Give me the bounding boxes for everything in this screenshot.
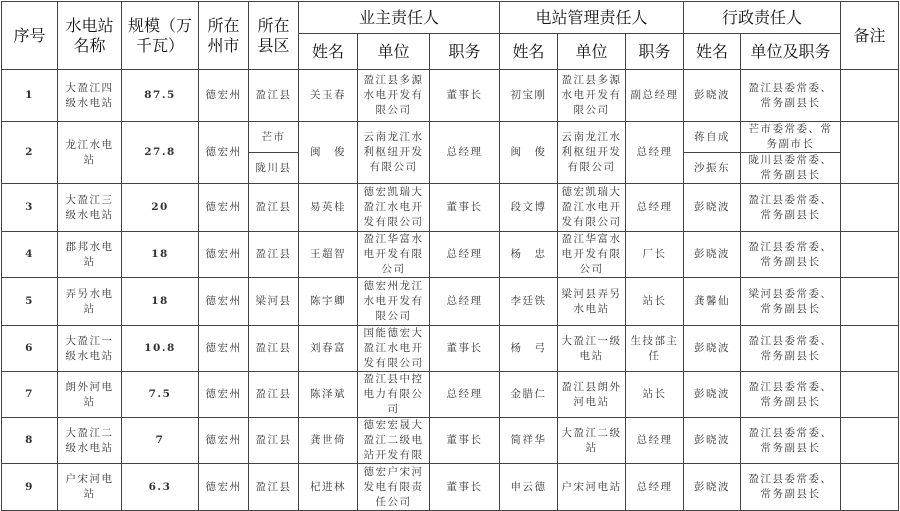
cell-seq: 8	[2, 418, 58, 464]
cell-admin-unit: 盈江县委常委、常务副县长	[741, 372, 841, 418]
cell-station-name: 大盈江四级水电站	[58, 70, 122, 122]
cell-manager-title: 总经理	[626, 464, 684, 496]
header-admin-unit-title: 单位及职务	[741, 34, 841, 70]
cell-admin-name: 龚馨仙	[684, 278, 741, 326]
cell-prefecture: 德宏州	[199, 70, 249, 122]
cell-manager-name: 杨 弓	[500, 326, 558, 372]
cell-scale: 18	[122, 232, 199, 278]
cell-prefecture: 德宏州	[199, 326, 249, 372]
cell-remarks	[841, 184, 899, 232]
cell-remarks	[841, 232, 899, 278]
cell-prefecture: 德宏州	[199, 184, 249, 232]
header-prefecture: 所在州市	[199, 2, 249, 70]
cell-station-name: 朗外河电站	[58, 372, 122, 418]
cell-station-name: 大盈江二级水电站	[58, 418, 122, 464]
cell-scale: 87.5	[122, 70, 199, 122]
cell-admin-name: 彭晓波	[684, 464, 741, 496]
cell-prefecture: 德宏州	[199, 278, 249, 326]
cell-county-2: 陇川县	[249, 153, 299, 184]
cell-manager-unit: 盈江县多源水电开发有限公司	[558, 70, 626, 122]
cell-owner-unit: 云南龙江水利枢纽开发有限公司	[358, 122, 430, 184]
cell-prefecture: 德宏州	[199, 418, 249, 464]
cell-scale: 18	[122, 278, 199, 326]
cell-manager-name: 李廷铁	[500, 278, 558, 326]
cell-remarks	[841, 122, 899, 184]
cell-county: 盈江县	[249, 418, 299, 464]
header-scale: 规模（万千瓦）	[122, 2, 199, 70]
cell-owner-unit: 德宏宏晟大盈江二级电站开发有限	[358, 418, 430, 464]
table-row: 2 龙江水电站 27.8 德宏州 芒市 闽 俊 云南龙江水利枢纽开发有限公司 总…	[2, 122, 899, 153]
cell-manager-unit: 盈江县朗外河电站	[558, 372, 626, 418]
cell-remarks	[841, 464, 899, 496]
cell-seq: 5	[2, 278, 58, 326]
cell-admin-name: 蒋自成	[684, 122, 741, 153]
cell-seq: 2	[2, 122, 58, 184]
cell-scale: 20	[122, 184, 199, 232]
cell-county: 盈江县	[249, 184, 299, 232]
cell-owner-name: 关玉春	[299, 70, 358, 122]
cell-station-name: 大盈江三级水电站	[58, 184, 122, 232]
table-row: 8 大盈江二级水电站 7 德宏州 盈江县 龚世倚 德宏宏晟大盈江二级电站开发有限…	[2, 418, 899, 464]
cell-manager-title: 站长	[626, 372, 684, 418]
cell-station-name: 户宋河电站	[58, 464, 122, 496]
cell-owner-name: 陈宇卿	[299, 278, 358, 326]
cell-remarks	[841, 326, 899, 372]
header-seq: 序号	[2, 2, 58, 70]
cell-scale: 10.8	[122, 326, 199, 372]
header-owner-group: 业主责任人	[299, 2, 500, 34]
header-station-name: 水电站名称	[58, 2, 122, 70]
cell-owner-title: 总经理	[430, 232, 500, 278]
cell-owner-name: 王超智	[299, 232, 358, 278]
cell-admin-name-2: 沙振东	[684, 153, 741, 184]
cell-owner-name: 杞进林	[299, 464, 358, 496]
cell-station-name: 郡邦水电站	[58, 232, 122, 278]
table-row: 6 大盈江一级水电站 10.8 德宏州 盈江县 刘春富 国能德宏大盈江水电开发有…	[2, 326, 899, 372]
cell-admin-name: 彭晓波	[684, 184, 741, 232]
cell-county: 盈江县	[249, 70, 299, 122]
cell-owner-title: 董事长	[430, 70, 500, 122]
cell-manager-title: 站长	[626, 278, 684, 326]
cell-station-name: 弄另水电站	[58, 278, 122, 326]
cell-owner-unit: 盈江华富水电开发有限公司	[358, 232, 430, 278]
cell-county: 芒市	[249, 122, 299, 153]
cell-admin-name: 彭晓波	[684, 418, 741, 464]
cell-owner-unit: 盈江县多源水电开发有限公司	[358, 70, 430, 122]
cell-manager-unit: 盈江华富水电开发有限公司	[558, 232, 626, 278]
cell-manager-name: 申云德	[500, 464, 558, 496]
cell-scale: 7	[122, 418, 199, 464]
cell-admin-name: 彭晓波	[684, 326, 741, 372]
cell-owner-unit: 德宏户宋河发电有限责任公司	[358, 464, 430, 496]
table-row: 3 大盈江三级水电站 20 德宏州 盈江县 易英桂 德宏凯瑞大盈江水电开发有限公…	[2, 184, 899, 232]
cell-owner-name: 闽 俊	[299, 122, 358, 184]
cell-owner-title: 总经理	[430, 278, 500, 326]
header-owner-name: 姓名	[299, 34, 358, 70]
cell-seq: 3	[2, 184, 58, 232]
header-manager-group: 电站管理责任人	[500, 2, 684, 34]
cell-seq: 4	[2, 232, 58, 278]
cell-owner-name: 易英桂	[299, 184, 358, 232]
header-owner-unit: 单位	[358, 34, 430, 70]
header-manager-unit: 单位	[558, 34, 626, 70]
cell-prefecture: 德宏州	[199, 122, 249, 184]
cell-owner-unit: 盈江县中控电力有限公司	[358, 372, 430, 418]
cell-admin-unit: 梁河县委常委、常务副县长	[741, 278, 841, 326]
cell-owner-title: 董事长	[430, 418, 500, 464]
cell-manager-name: 闽 俊	[500, 122, 558, 184]
cell-manager-title: 总经理	[626, 122, 684, 184]
table-row: 9 户宋河电站 6.3 德宏州 盈江县 杞进林 德宏户宋河发电有限责任公司 董事…	[2, 464, 899, 496]
table-row: 1 大盈江四级水电站 87.5 德宏州 盈江县 关玉春 盈江县多源水电开发有限公…	[2, 70, 899, 122]
cell-manager-unit: 大盈江二级站	[558, 418, 626, 464]
cell-manager-title: 总经理	[626, 418, 684, 464]
cell-manager-unit: 大盈江一级电站	[558, 326, 626, 372]
cell-prefecture: 德宏州	[199, 232, 249, 278]
hydropower-responsibility-table: 序号 水电站名称 规模（万千瓦） 所在州市 所在县区 业主责任人 电站管理责任人…	[1, 1, 899, 495]
cell-admin-unit: 盈江县委常委、常务副县长	[741, 232, 841, 278]
cell-manager-unit: 户宋河电站	[558, 464, 626, 496]
cell-manager-name: 杨 忠	[500, 232, 558, 278]
cell-scale: 6.3	[122, 464, 199, 496]
cell-admin-unit: 盈江县委常委、常务副县长	[741, 326, 841, 372]
cell-seq: 7	[2, 372, 58, 418]
header-admin-group: 行政责任人	[684, 2, 841, 34]
cell-remarks	[841, 70, 899, 122]
header-manager-name: 姓名	[500, 34, 558, 70]
cell-county: 盈江县	[249, 232, 299, 278]
cell-manager-name: 简祥华	[500, 418, 558, 464]
cell-admin-name: 彭晓波	[684, 232, 741, 278]
cell-admin-unit: 芒市委常委、常务副市长	[741, 122, 841, 153]
cell-owner-unit: 国能德宏大盈江水电开发有限公司	[358, 326, 430, 372]
cell-owner-name: 龚世倚	[299, 418, 358, 464]
cell-owner-title: 总经理	[430, 122, 500, 184]
cell-manager-title: 副总经理	[626, 70, 684, 122]
cell-owner-unit: 德宏州龙江水电开发有限公司	[358, 278, 430, 326]
cell-manager-title: 总经理	[626, 184, 684, 232]
cell-manager-title: 生技部主任	[626, 326, 684, 372]
cell-admin-unit: 盈江县委常委、常务副县长	[741, 70, 841, 122]
cell-admin-unit-2: 陇川县委常委、常务副县长	[741, 153, 841, 184]
cell-prefecture: 德宏州	[199, 464, 249, 496]
cell-manager-unit: 梁河县弄另水电站	[558, 278, 626, 326]
cell-scale: 7.5	[122, 372, 199, 418]
cell-owner-title: 董事长	[430, 326, 500, 372]
cell-seq: 9	[2, 464, 58, 496]
cell-owner-name: 陈泽斌	[299, 372, 358, 418]
header-manager-title: 职务	[626, 34, 684, 70]
cell-station-name: 大盈江一级水电站	[58, 326, 122, 372]
cell-remarks	[841, 372, 899, 418]
header-county: 所在县区	[249, 2, 299, 70]
cell-seq: 6	[2, 326, 58, 372]
cell-owner-title: 董事长	[430, 464, 500, 496]
cell-admin-unit: 盈江县委常委、常务副县长	[741, 184, 841, 232]
cell-admin-name: 彭晓波	[684, 70, 741, 122]
cell-scale: 27.8	[122, 122, 199, 184]
cell-manager-title: 厂长	[626, 232, 684, 278]
header-owner-title: 职务	[430, 34, 500, 70]
cell-manager-unit: 德宏凯瑞大盈江水电开发有限公司	[558, 184, 626, 232]
cell-admin-name: 彭晓波	[684, 372, 741, 418]
cell-manager-name: 段文博	[500, 184, 558, 232]
cell-county: 盈江县	[249, 464, 299, 496]
table-row: 7 朗外河电站 7.5 德宏州 盈江县 陈泽斌 盈江县中控电力有限公司 总经理 …	[2, 372, 899, 418]
cell-county: 梁河县	[249, 278, 299, 326]
cell-admin-unit: 盈江县委常委、常务副县长	[741, 464, 841, 496]
cell-owner-title: 总经理	[430, 372, 500, 418]
cell-manager-name: 初宝刚	[500, 70, 558, 122]
table-row: 4 郡邦水电站 18 德宏州 盈江县 王超智 盈江华富水电开发有限公司 总经理 …	[2, 232, 899, 278]
header-remarks: 备注	[841, 2, 899, 70]
cell-county: 盈江县	[249, 372, 299, 418]
cell-remarks	[841, 278, 899, 326]
cell-owner-title: 董事长	[430, 184, 500, 232]
table-row: 5 弄另水电站 18 德宏州 梁河县 陈宇卿 德宏州龙江水电开发有限公司 总经理…	[2, 278, 899, 326]
cell-county: 盈江县	[249, 326, 299, 372]
cell-owner-name: 刘春富	[299, 326, 358, 372]
cell-seq: 1	[2, 70, 58, 122]
cell-manager-unit: 云南龙江水利枢纽开发有限公司	[558, 122, 626, 184]
cell-prefecture: 德宏州	[199, 372, 249, 418]
cell-remarks	[841, 418, 899, 464]
cell-manager-name: 金腊仁	[500, 372, 558, 418]
cell-admin-unit: 盈江县委常委、常务副县长	[741, 418, 841, 464]
cell-station-name: 龙江水电站	[58, 122, 122, 184]
header-admin-name: 姓名	[684, 34, 741, 70]
cell-owner-unit: 德宏凯瑞大盈江水电开发有限公司	[358, 184, 430, 232]
